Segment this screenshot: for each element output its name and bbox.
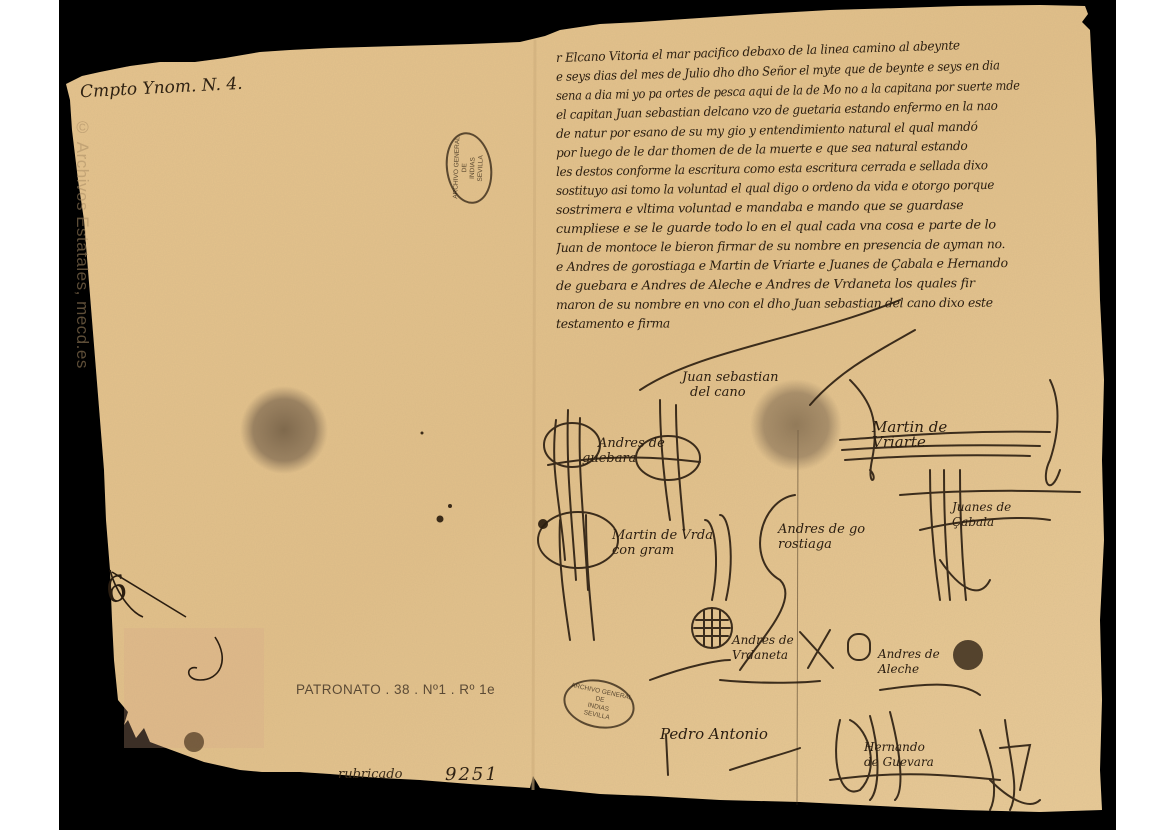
folio-number: 9251 bbox=[445, 764, 499, 785]
copyright-watermark: © Archivos Estatales, mecd.es bbox=[62, 118, 92, 478]
signature-gorostiaga: Andres de go rostiaga bbox=[778, 522, 865, 552]
signature-hernando: Hernando de Guevara bbox=[864, 740, 934, 770]
signature-vriarte: Martin de Vriarte bbox=[872, 420, 947, 450]
text-line: testamento e firma bbox=[556, 311, 1076, 333]
signature-pedro-antonio: Pedro Antonio bbox=[660, 727, 768, 742]
signature-guebara: Andres de guebara bbox=[582, 436, 665, 466]
rubric-word: rubricado bbox=[338, 767, 402, 782]
signature-martin-vrda: Martin de Vrda con gram bbox=[612, 528, 713, 558]
archive-reference-label: PATRONATO . 38 . Nº1 . Rº 1e bbox=[296, 682, 495, 697]
text-line: de guebara e Andres de Aleche e Andres d… bbox=[556, 272, 1097, 295]
signature-cabala: Juanes de Çabala bbox=[952, 500, 1011, 530]
stamp-line: SEVILLA bbox=[476, 137, 486, 200]
signature-aleche: Andres de Aleche bbox=[878, 647, 940, 677]
signature-vrdaneta: Andres de Vrdaneta bbox=[732, 633, 794, 663]
signature-elcano: Juan sebastian del cano bbox=[682, 370, 778, 400]
testament-text: r Elcano Vitoria el mar pacifico debaxo … bbox=[556, 48, 1076, 333]
